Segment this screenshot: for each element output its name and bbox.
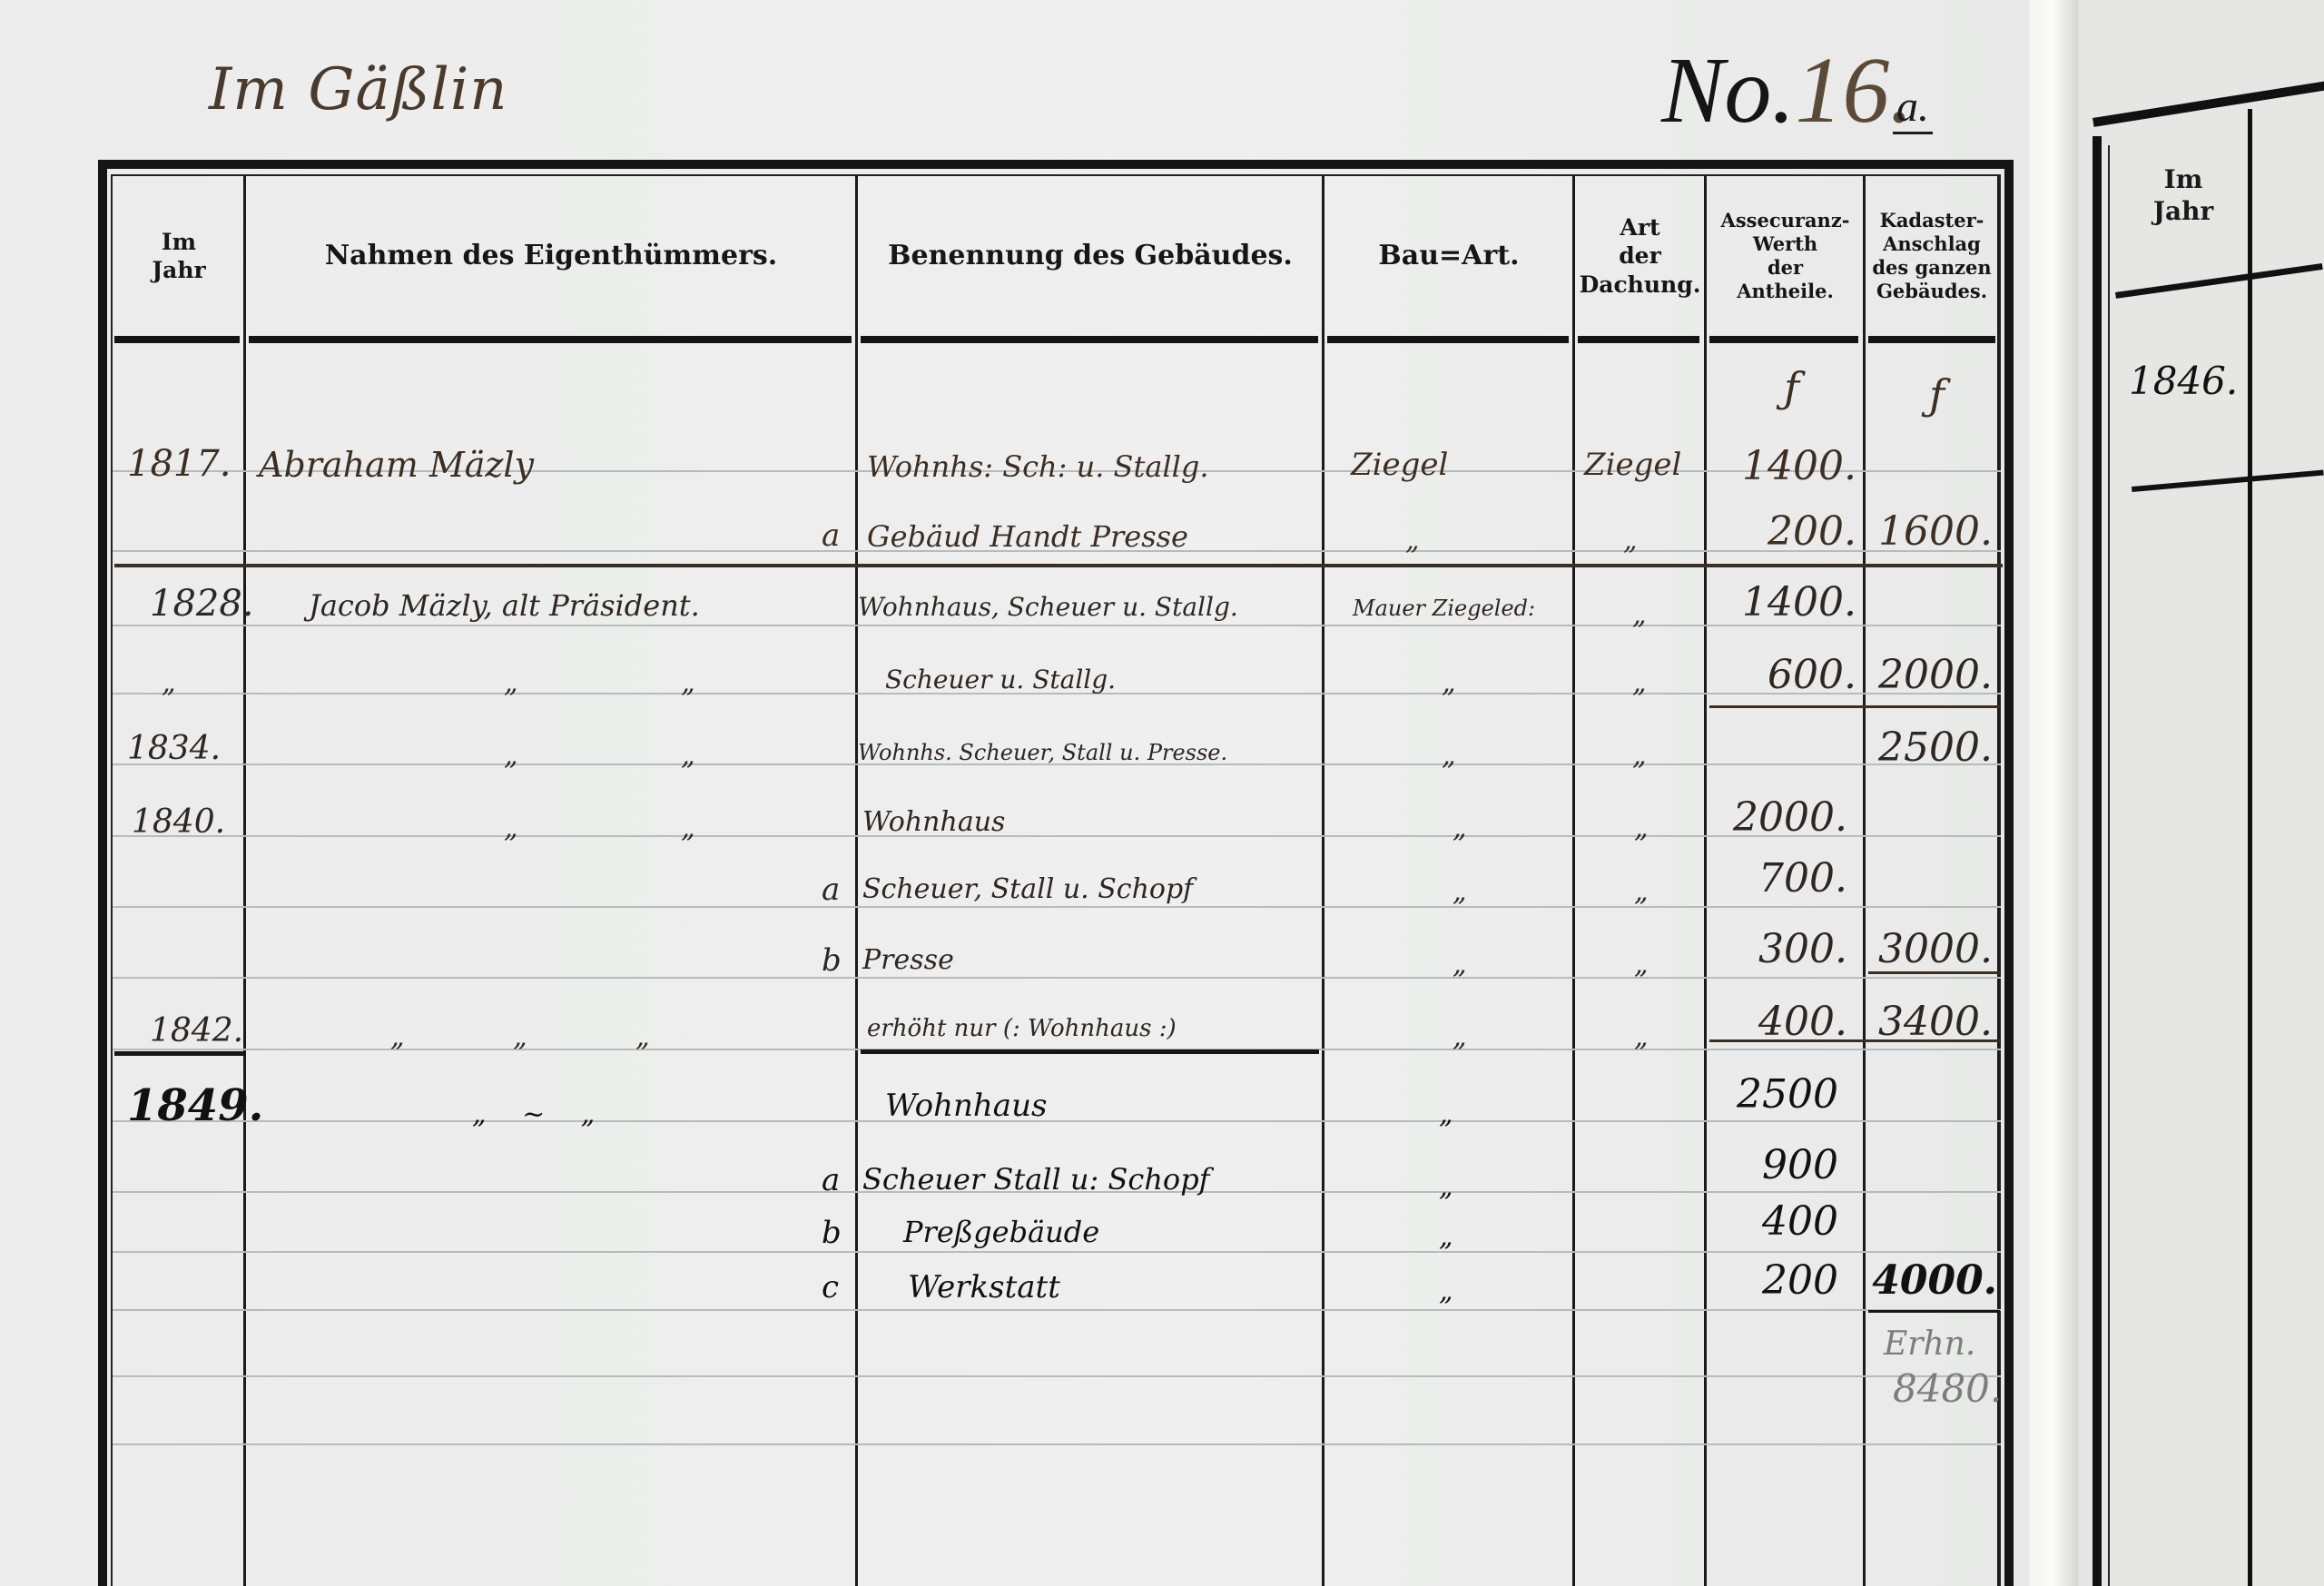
header-rule [1327,336,1569,343]
pencil-note-line1: Erhn. [1884,1325,1975,1363]
row-1842-building: erhöht nur (: Wohnhaus :) [867,1015,1177,1042]
row-1849b-insurance: 400 [1711,1198,1838,1245]
row-1840b-insurance: 300. [1711,926,1847,972]
row-1840b-construction: „ [1452,949,1467,980]
row-1817a-insurance: 200. [1711,508,1856,555]
row-1849c-building: Werkstatt [908,1269,1060,1305]
row-1817-owner: Abraham Mäzly [259,445,534,485]
facing-page-inner-border [2108,145,2110,1586]
facing-page-year: 1846. [2129,359,2238,403]
row-1828-owner: Jacob Mäzly, alt Präsident. [309,588,700,623]
ruled-line [113,1120,2001,1122]
header-construction: Bau=Art. [1325,178,1572,334]
row-1840b-roofing: „ [1634,949,1649,980]
row-1840a-roofing: „ [1634,876,1649,908]
row-1834-year: 1834. [127,730,221,767]
row-1817-building: Wohnhs: Sch: u. Stallg. [867,449,1209,484]
row-1849b-construction: „ [1439,1221,1453,1253]
row-1828-construction: Mauer Ziegeled: [1353,596,1535,621]
row-1817a-building: Gebäud Handt Presse [867,519,1188,554]
header-rule [861,336,1318,343]
row-1849c-construction: „ [1439,1276,1453,1307]
row-1849-owner: „ ~ „ [472,1098,595,1130]
currency-mark-cadastre: ƒ [1929,370,1945,419]
row-1840-owner: „ „ [504,813,695,844]
row-1849c-sub: c [822,1269,839,1305]
ruled-line [113,1309,2001,1311]
row-1817a-construction: „ [1405,525,1420,557]
header-cadastre-value: Kadaster- Anschlag des ganzen Gebäudes. [1866,178,1997,334]
row-1828b-owner: „ „ [504,667,695,699]
row-1840-insurance: 2000. [1711,794,1847,841]
row-1828b-year: „ [162,667,176,699]
row-1817a-cadastre: 1600. [1870,508,1993,555]
register-number: No.16. [1661,36,1913,144]
row-1828b-roofing: „ [1632,667,1647,699]
row-1834-owner: „ „ [504,740,695,772]
row-1834-construction: „ [1442,740,1456,772]
row-1840b-cadastre: 3000. [1870,926,1993,972]
row-1840-building: Wohnhaus [862,806,1005,838]
ruled-line [113,1443,2001,1445]
row-1840-construction: „ [1452,813,1467,844]
ruled-line [113,1251,2001,1253]
row-1842-owner: „ „ „ [390,1021,650,1053]
row-1828-year: 1828. [150,583,254,625]
ruled-line [113,906,2001,908]
right-page [2079,0,2324,1586]
row-1828-building: Wohnhaus, Scheuer u. Stallg. [858,592,1238,622]
ruled-line [113,1375,2001,1377]
row-1817-roofing: Ziegel [1584,447,1681,483]
row-1840a-sub: a [822,872,840,908]
row-1817a-sub: a [822,517,840,554]
row-1828b-construction: „ [1442,667,1456,699]
row-1834-cadastre: 2500. [1870,724,1993,771]
row-1840a-building: Scheuer, Stall u. Schopf [862,873,1193,905]
row-1834-roofing: „ [1632,740,1647,772]
place-title: Im Gäßlin [209,56,508,123]
row-1849a-building: Scheuer Stall u: Schopf [862,1162,1210,1197]
header-rule [1578,336,1699,343]
row-1840b-sub: b [822,942,842,979]
entry-separator-1817 [114,564,2003,567]
row-1828b-building: Scheuer u. Stallg. [885,665,1116,694]
row-1842-cadastre: 3400. [1870,999,1993,1045]
entry-separator-1842 [861,1049,1319,1054]
header-insurance-value: Assecuranz- Werth der Antheile. [1708,178,1863,334]
row-1828b-cadastre: 2000. [1870,652,1993,698]
facing-page-header-year: Im Jahr [2133,163,2233,227]
header-owner: Nahmen des Eigenthümmers. [247,178,855,334]
row-1828b-insurance: 600. [1711,652,1856,698]
row-1828-roofing: „ [1632,599,1647,631]
row-1840-roofing: „ [1634,813,1649,844]
ruled-line [113,977,2001,979]
row-1842-year: 1842. [150,1012,243,1049]
row-1840a-construction: „ [1452,876,1467,908]
facing-page-column-divider [2248,109,2252,1586]
row-1849-building: Wohnhaus [885,1088,1047,1124]
header-building: Benennung des Gebäudes. [859,178,1322,334]
row-1817-insurance: 1400. [1711,443,1856,489]
row-1817-year: 1817. [127,443,231,485]
header-rule [1709,336,1858,343]
row-1828-insurance: 1400. [1711,579,1856,626]
pencil-note-line2: 8480. [1893,1366,2002,1411]
subtotal-rule [1709,705,2000,708]
header-year: Im Jahr [114,178,243,334]
row-1849b-building: Preßgebäude [903,1215,1099,1249]
header-roofing: Art der Dachung. [1576,178,1704,334]
header-rule [1868,336,1995,343]
row-1817a-roofing: „ [1623,525,1638,557]
row-1842-roofing: „ [1634,1021,1649,1053]
header-rule [114,336,240,343]
row-1849-year: 1849. [127,1080,263,1131]
row-1849-construction: „ [1439,1098,1453,1130]
row-1849a-sub: a [822,1162,840,1198]
row-1842-insurance: 400. [1711,999,1847,1045]
row-1849a-insurance: 900 [1711,1142,1838,1188]
row-1849b-sub: b [822,1215,842,1251]
row-1842-construction: „ [1452,1021,1467,1053]
row-1817-construction: Ziegel [1351,447,1448,483]
row-1849a-construction: „ [1439,1171,1453,1203]
header-rule [249,336,852,343]
row-1840-year: 1840. [132,803,225,841]
register-suffix: a. [1893,82,1933,134]
facing-page-outer-border [2093,136,2102,1586]
subtotal-rule [1868,1310,2000,1313]
row-1849-insurance: 2500 [1711,1071,1838,1118]
row-1840a-insurance: 700. [1711,855,1847,901]
row-1849c-cadastre: 4000. [1870,1257,1997,1304]
entry-separator-1842 [114,1051,245,1056]
register-prefix: No. [1661,38,1795,143]
row-1840b-building: Presse [862,944,954,976]
row-1834-building: Wohnhs. Scheuer, Stall u. Presse. [858,740,1227,765]
row-1849c-insurance: 200 [1711,1257,1838,1304]
currency-mark-insurance: ƒ [1784,363,1799,412]
